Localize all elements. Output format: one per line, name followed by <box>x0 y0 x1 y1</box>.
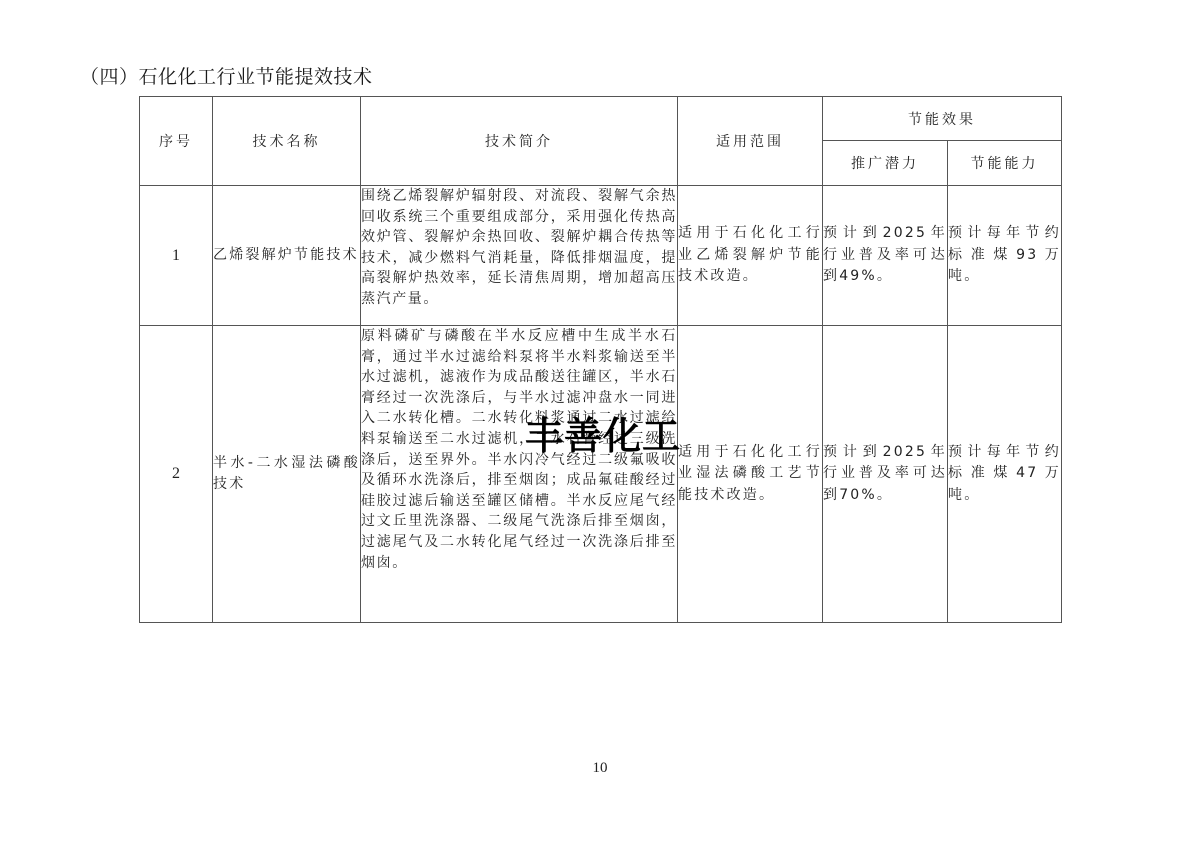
watermark: 丰善化工 <box>525 405 681 460</box>
header-scope: 适用范围 <box>678 97 823 186</box>
row-potential: 预计到2025年行业普及率可达到49%。 <box>823 186 948 326</box>
row-description: 围绕乙烯裂解炉辐射段、对流段、裂解气余热回收系统三个重要组成部分，采用强化传热高… <box>361 186 678 326</box>
header-index: 序号 <box>140 97 213 186</box>
section-title: （四）石化化工行业节能提效技术 <box>80 62 373 89</box>
header-effect-group: 节能效果 <box>823 97 1062 141</box>
table-row: 2 半水-二水湿法磷酸技术 原料磷矿与磷酸在半水反应槽中生成半水石膏，通过半水过… <box>140 326 1062 623</box>
row-name: 乙烯裂解炉节能技术 <box>213 186 361 326</box>
row-scope: 适用于石化化工行业湿法磷酸工艺节能技术改造。 <box>678 326 823 623</box>
row-capacity: 预计每年节约标准煤47万吨。 <box>948 326 1062 623</box>
row-index: 1 <box>140 186 213 326</box>
page-number: 10 <box>0 760 1200 777</box>
row-name: 半水-二水湿法磷酸技术 <box>213 326 361 623</box>
row-scope: 适用于石化化工行业乙烯裂解炉节能技术改造。 <box>678 186 823 326</box>
table-row: 1 乙烯裂解炉节能技术 围绕乙烯裂解炉辐射段、对流段、裂解气余热回收系统三个重要… <box>140 186 1062 326</box>
row-capacity: 预计每年节约标准煤93万吨。 <box>948 186 1062 326</box>
header-description: 技术简介 <box>361 97 678 186</box>
row-potential: 预计到2025年行业普及率可达到70%。 <box>823 326 948 623</box>
header-capacity: 节能能力 <box>948 141 1062 186</box>
header-name: 技术名称 <box>213 97 361 186</box>
row-description: 原料磷矿与磷酸在半水反应槽中生成半水石膏，通过半水过滤给料泵将半水料浆输送至半水… <box>361 326 678 623</box>
row-index: 2 <box>140 326 213 623</box>
technology-table: 序号 技术名称 技术简介 适用范围 节能效果 推广潜力 节能能力 1 乙烯裂解炉… <box>139 96 1062 623</box>
header-potential: 推广潜力 <box>823 141 948 186</box>
